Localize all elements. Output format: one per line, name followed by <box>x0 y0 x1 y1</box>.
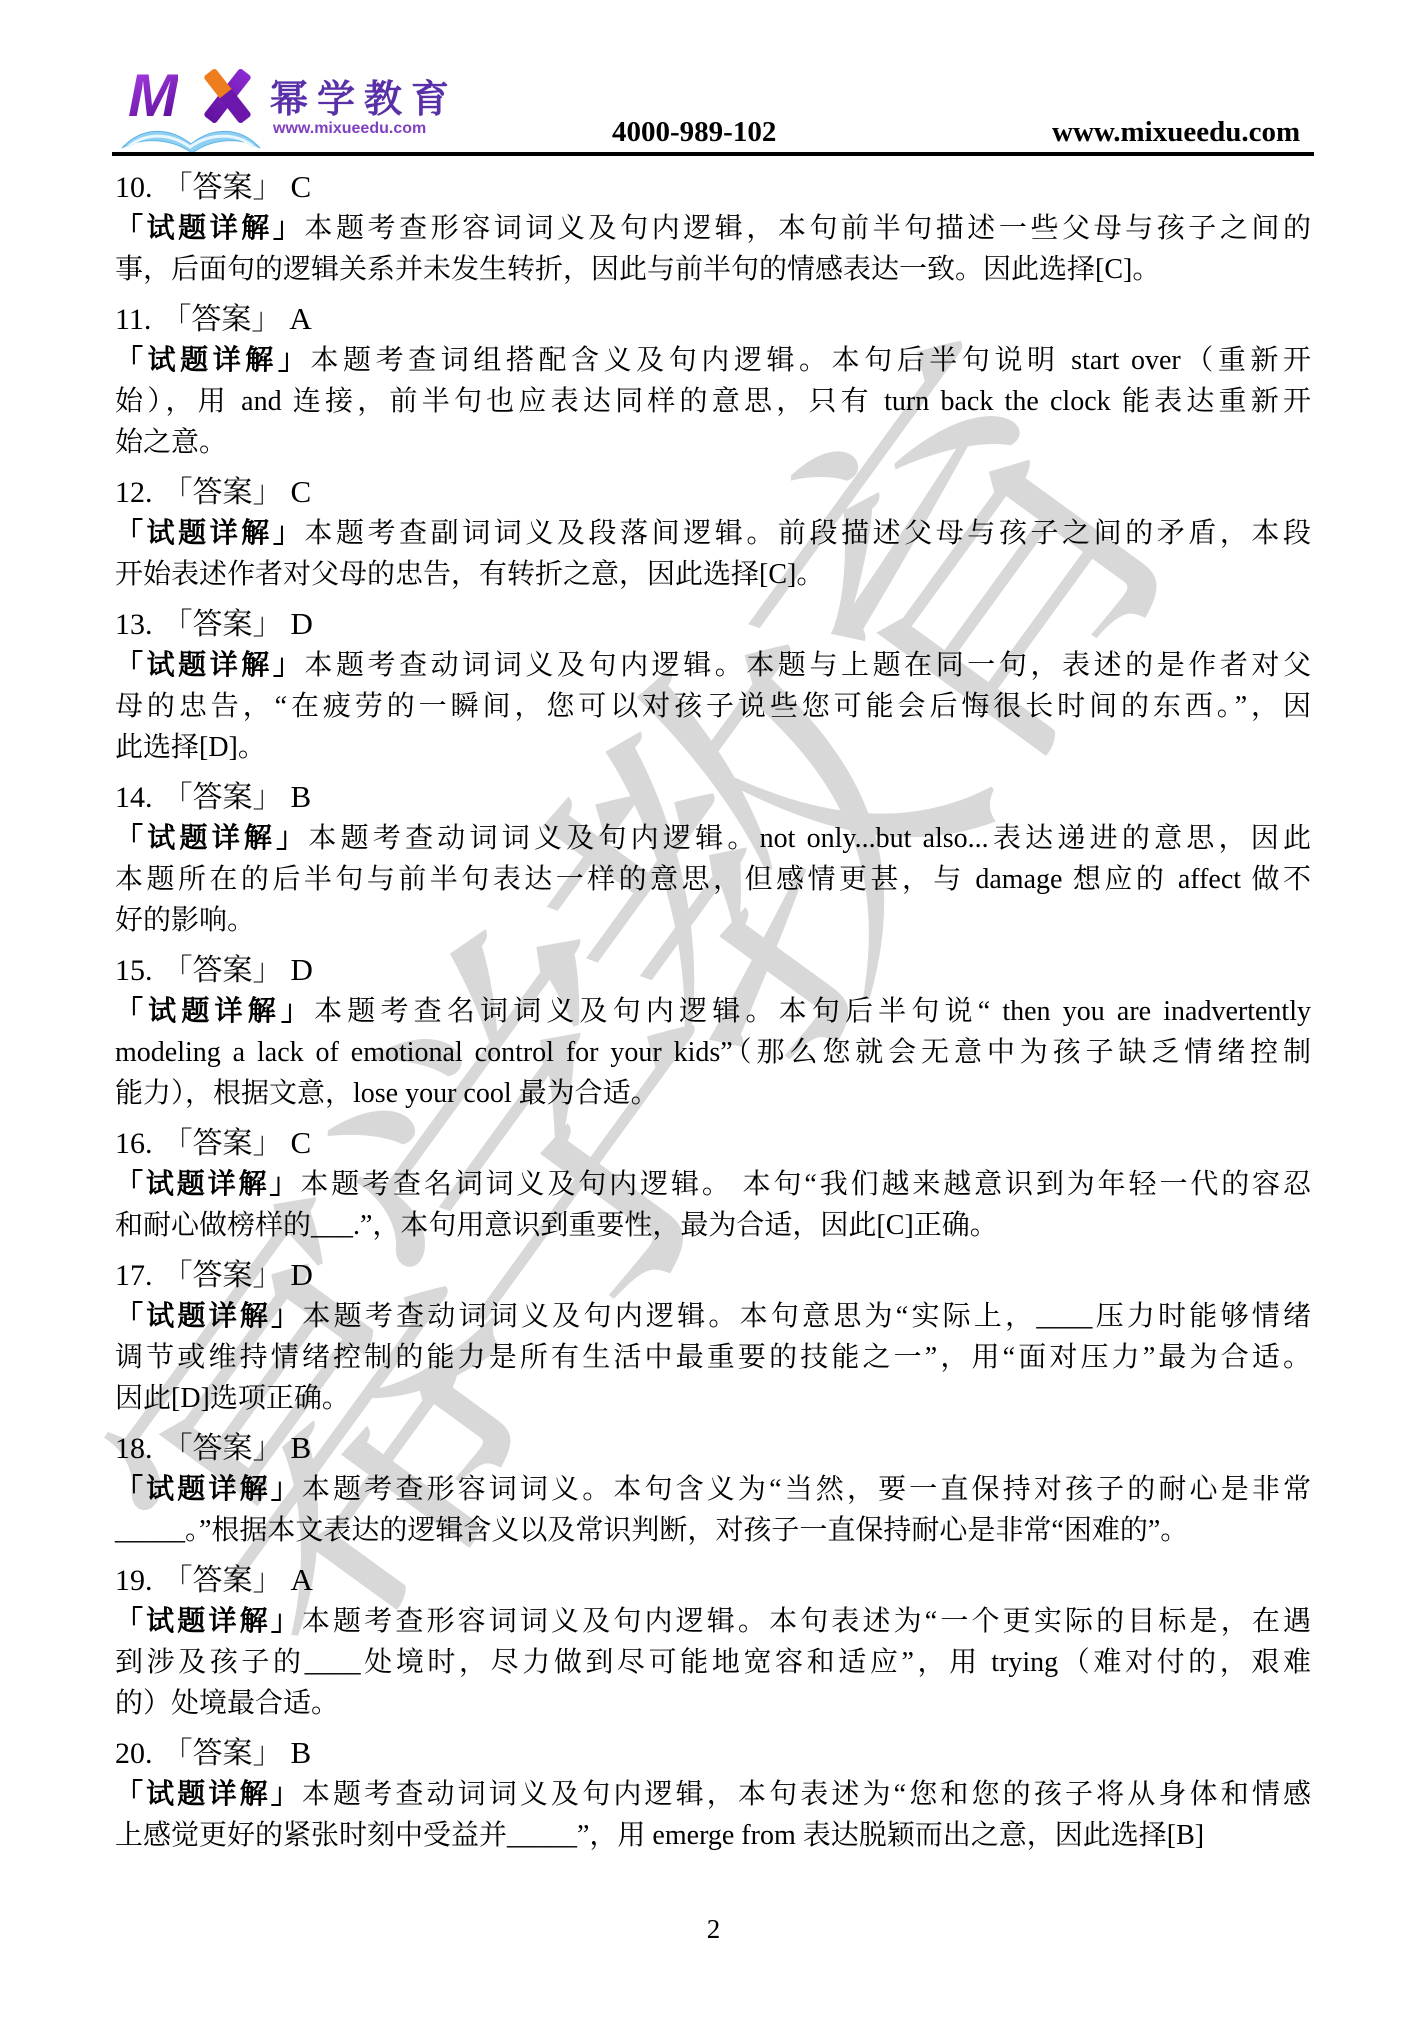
answer-item: 13.「答案」D「试题详解」本题考查动词词义及句内逻辑。本题与上题在同一句，表述… <box>115 603 1311 768</box>
document-page: 幂学教育 M 幂学教育 www.mixueedu.com 4000-989-10… <box>0 0 1427 2024</box>
answer-line: 18.「答案」B <box>115 1427 1311 1469</box>
answer-answer: B <box>291 1735 312 1770</box>
answer-line: 13.「答案」D <box>115 603 1311 645</box>
answer-number: 20. <box>115 1737 153 1770</box>
detail-line: 「试题详解」本题考查词组搭配含义及句内逻辑。本句后半句说明 start over… <box>115 340 1311 381</box>
detail-line: 始），用 and 连接，前半句也应表达同样的意思，只有 turn back th… <box>115 381 1311 422</box>
answer-item: 15.「答案」D「试题详解」本题考查名词词义及句内逻辑。本句后半句说“ then… <box>115 949 1311 1114</box>
detail-text: 本题考查形容词词义。本句含义为“当然，要一直保持对孩子的耐心是非常 <box>302 1474 1311 1505</box>
answer-item: 10.「答案」C「试题详解」本题考查形容词词义及句内逻辑，本句前半句描述一些父母… <box>115 166 1311 290</box>
detail-text: 本题考查动词词义及句内逻辑。not only...but also...表达递进… <box>308 823 1311 854</box>
detail-line: 开始表述作者对父母的忠告，有转折之意，因此选择[C]。 <box>115 554 1311 595</box>
detail-label: 「试题详解」 <box>115 213 304 244</box>
detail-line: 上感觉更好的紧张时刻中受益并_____”，用 emerge from 表达脱颖而… <box>115 1815 1311 1856</box>
detail-text: 本题考查动词词义及句内逻辑，本句表述为“您和您的孩子将从身体和情感 <box>302 1779 1311 1810</box>
answer-line: 16.「答案」C <box>115 1122 1311 1164</box>
answer-answer-label: 「答案」 <box>163 608 283 641</box>
detail-text: 本题考查副词词义及段落间逻辑。前段描述父母与孩子之间的矛盾，本段 <box>304 518 1311 549</box>
answer-answer-label: 「答案」 <box>163 1564 283 1597</box>
detail-line: modeling a lack of emotional control for… <box>115 1032 1311 1073</box>
answer-answer-label: 「答案」 <box>163 781 283 814</box>
brand-url: www.mixueedu.com <box>273 120 426 138</box>
detail-line: 本题所在的后半句与前半句表达一样的意思，但感情更甚，与 damage 想应的 a… <box>115 859 1311 900</box>
detail-text: 本题考查形容词词义及句内逻辑，本句前半句描述一些父母与孩子之间的 <box>304 213 1311 244</box>
detail-text: 本题考查词组搭配含义及句内逻辑。本句后半句说明 start over（重新开 <box>310 345 1311 376</box>
answer-line: 12.「答案」C <box>115 471 1311 513</box>
detail-line: _____。”根据本文表达的逻辑含义以及常识判断，对孩子一直保持耐心是非常“困难… <box>115 1510 1311 1551</box>
answer-number: 10. <box>115 171 153 204</box>
answer-line: 19.「答案」A <box>115 1559 1311 1601</box>
answer-answer: D <box>291 606 313 641</box>
answer-answer: D <box>291 1257 313 1292</box>
phone-number: 4000-989-102 <box>612 116 776 149</box>
answer-item: 19.「答案」A「试题详解」本题考查形容词词义及句内逻辑。本句表述为“一个更实际… <box>115 1559 1311 1724</box>
detail-line: 「试题详解」本题考查动词词义及句内逻辑，本句表述为“您和您的孩子将从身体和情感 <box>115 1774 1311 1815</box>
answer-answer: B <box>291 1430 312 1465</box>
answer-answer-label: 「答案」 <box>163 1432 283 1465</box>
detail-label: 「试题详解」 <box>115 650 304 681</box>
detail-line: 好的影响。 <box>115 900 1311 941</box>
answer-answer: C <box>291 474 312 509</box>
answer-item: 18.「答案」B「试题详解」本题考查形容词词义。本句含义为“当然，要一直保持对孩… <box>115 1427 1311 1551</box>
detail-line: 「试题详解」本题考查形容词词义及句内逻辑，本句前半句描述一些父母与孩子之间的 <box>115 208 1311 249</box>
answer-answer: B <box>291 779 312 814</box>
detail-label: 「试题详解」 <box>115 996 314 1027</box>
detail-label: 「试题详解」 <box>115 1606 302 1637</box>
detail-line: 此选择[D]。 <box>115 727 1311 768</box>
detail-line: 事，后面句的逻辑关系并未发生转折，因此与前半句的情感表达一致。因此选择[C]。 <box>115 249 1311 290</box>
detail-line: 到涉及孩子的____处境时，尽力做到尽可能地宽容和适应”，用 trying（难对… <box>115 1642 1311 1683</box>
answer-line: 10.「答案」C <box>115 166 1311 208</box>
answer-number: 18. <box>115 1432 153 1465</box>
answer-answer-label: 「答案」 <box>163 954 283 987</box>
detail-line: 「试题详解」本题考查动词词义及句内逻辑。本句意思为“实际上，____压力时能够情… <box>115 1296 1311 1337</box>
detail-line: 「试题详解」本题考查形容词词义。本句含义为“当然，要一直保持对孩子的耐心是非常 <box>115 1469 1311 1510</box>
detail-text: 本题考查名词词义及句内逻辑。本句后半句说“ then you are inadv… <box>314 996 1311 1027</box>
answer-item: 14.「答案」B「试题详解」本题考查动词词义及句内逻辑。not only...b… <box>115 776 1311 941</box>
answer-line: 20.「答案」B <box>115 1732 1311 1774</box>
detail-line: 能力），根据文意，lose your cool 最为合适。 <box>115 1073 1311 1114</box>
detail-line: 「试题详解」本题考查动词词义及句内逻辑。本题与上题在同一句，表述的是作者对父 <box>115 645 1311 686</box>
detail-line: 「试题详解」本题考查名词词义及句内逻辑。本句后半句说“ then you are… <box>115 991 1311 1032</box>
answer-list: 10.「答案」C「试题详解」本题考查形容词词义及句内逻辑，本句前半句描述一些父母… <box>115 166 1311 1856</box>
answer-number: 13. <box>115 608 153 641</box>
detail-label: 「试题详解」 <box>115 1169 300 1200</box>
detail-text: 本题考查名词词义及句内逻辑。 本句“我们越来越意识到为年轻一代的容忍 <box>300 1169 1311 1200</box>
answer-line: 15.「答案」D <box>115 949 1311 991</box>
answer-answer-label: 「答案」 <box>163 1127 283 1160</box>
detail-label: 「试题详解」 <box>115 518 304 549</box>
detail-label: 「试题详解」 <box>115 1779 302 1810</box>
header-divider <box>112 152 1314 156</box>
detail-text: 本题考查形容词词义及句内逻辑。本句表述为“一个更实际的目标是，在遇 <box>302 1606 1311 1637</box>
detail-line: 始之意。 <box>115 422 1311 463</box>
answer-answer-label: 「答案」 <box>161 303 281 336</box>
brand-logo: M 幂学教育 www.mixueedu.com <box>128 60 448 160</box>
answer-answer: C <box>291 169 312 204</box>
detail-line: 的）处境最合适。 <box>115 1683 1311 1724</box>
answer-number: 17. <box>115 1259 153 1292</box>
answer-line: 11.「答案」A <box>115 298 1311 340</box>
answer-number: 14. <box>115 781 153 814</box>
detail-line: 「试题详解」本题考查形容词词义及句内逻辑。本句表述为“一个更实际的目标是，在遇 <box>115 1601 1311 1642</box>
answer-answer-label: 「答案」 <box>163 1737 283 1770</box>
answer-answer: D <box>291 952 313 987</box>
brand-name: 幂学教育 <box>270 68 458 123</box>
answer-answer: A <box>291 1562 313 1597</box>
detail-text: 本题考查动词词义及句内逻辑。本题与上题在同一句，表述的是作者对父 <box>304 650 1311 681</box>
answer-number: 16. <box>115 1127 153 1160</box>
answer-answer: A <box>289 301 311 336</box>
answer-line: 17.「答案」D <box>115 1254 1311 1296</box>
answer-number: 19. <box>115 1564 153 1597</box>
detail-line: 「试题详解」本题考查名词词义及句内逻辑。 本句“我们越来越意识到为年轻一代的容忍 <box>115 1164 1311 1205</box>
answer-item: 20.「答案」B「试题详解」本题考查动词词义及句内逻辑，本句表述为“您和您的孩子… <box>115 1732 1311 1856</box>
answer-answer-label: 「答案」 <box>163 476 283 509</box>
answer-number: 15. <box>115 954 153 987</box>
detail-line: 因此[D]选项正确。 <box>115 1378 1311 1419</box>
detail-line: 「试题详解」本题考查副词词义及段落间逻辑。前段描述父母与孩子之间的矛盾，本段 <box>115 513 1311 554</box>
answer-answer: C <box>291 1125 312 1160</box>
answer-item: 17.「答案」D「试题详解」本题考查动词词义及句内逻辑。本句意思为“实际上，__… <box>115 1254 1311 1419</box>
detail-line: 和耐心做榜样的___.”，本句用意识到重要性，最为合适，因此[C]正确。 <box>115 1205 1311 1246</box>
answer-answer-label: 「答案」 <box>163 171 283 204</box>
answer-line: 14.「答案」B <box>115 776 1311 818</box>
logo-m-letter: M <box>128 66 178 126</box>
detail-label: 「试题详解」 <box>115 1301 302 1332</box>
detail-line: 母的忠告，“在疲劳的一瞬间，您可以对孩子说些您可能会后悔很长时间的东西。”，因 <box>115 686 1311 727</box>
answer-item: 16.「答案」C「试题详解」本题考查名词词义及句内逻辑。 本句“我们越来越意识到… <box>115 1122 1311 1246</box>
page-number: 2 <box>0 1914 1427 1945</box>
answer-number: 11. <box>115 303 151 336</box>
answer-item: 12.「答案」C「试题详解」本题考查副词词义及段落间逻辑。前段描述父母与孩子之间… <box>115 471 1311 595</box>
detail-label: 「试题详解」 <box>115 1474 302 1505</box>
detail-line: 「试题详解」本题考查动词词义及句内逻辑。not only...but also.… <box>115 818 1311 859</box>
website-url: www.mixueedu.com <box>1052 116 1300 149</box>
answer-answer-label: 「答案」 <box>163 1259 283 1292</box>
detail-label: 「试题详解」 <box>115 345 310 376</box>
detail-label: 「试题详解」 <box>115 823 308 854</box>
detail-text: 本题考查动词词义及句内逻辑。本句意思为“实际上，____压力时能够情绪 <box>302 1301 1311 1332</box>
answer-item: 11.「答案」A「试题详解」本题考查词组搭配含义及句内逻辑。本句后半句说明 st… <box>115 298 1311 463</box>
answer-number: 12. <box>115 476 153 509</box>
open-book-icon <box>118 122 268 156</box>
detail-line: 调节或维持情绪控制的能力是所有生活中最重要的技能之一”，用“面对压力”最为合适。 <box>115 1337 1311 1378</box>
